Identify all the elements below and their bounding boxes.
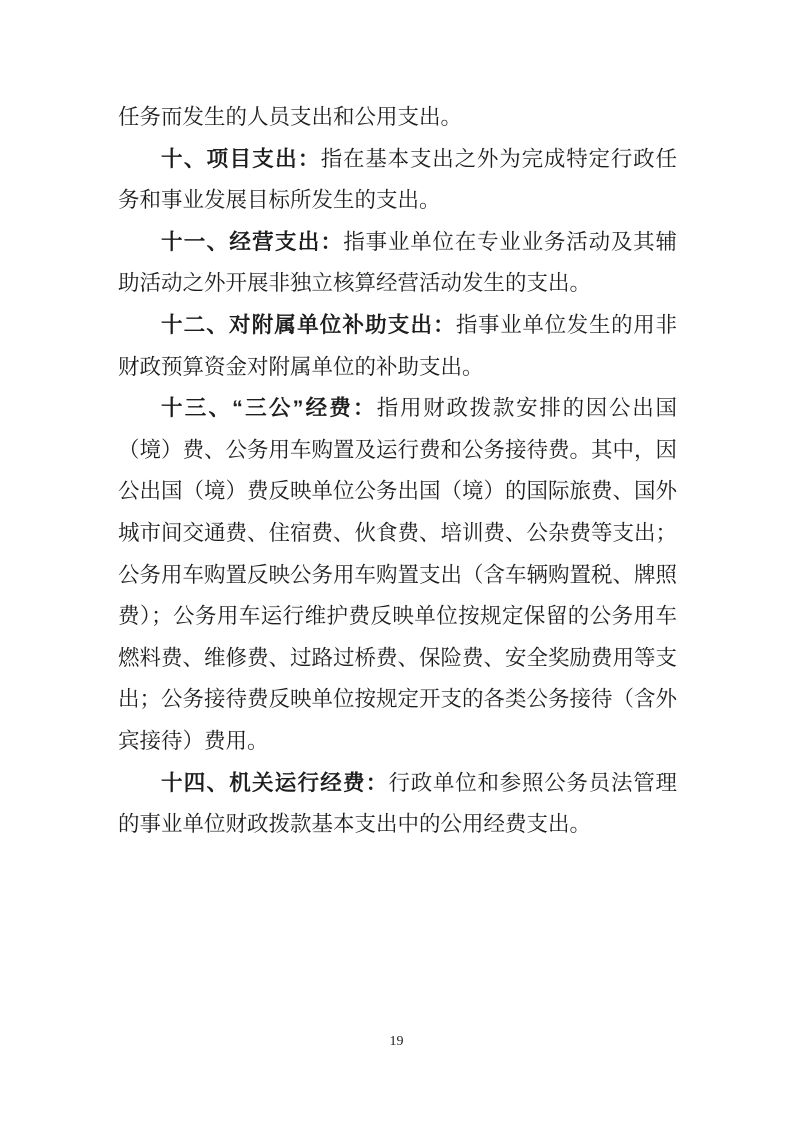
paragraph-lead: 十二、对附属单位补助支出：	[161, 313, 456, 337]
document-page: 任务而发生的人员支出和公用支出。十、项目支出：指在基本支出之外为完成特定行政任务…	[0, 0, 793, 1122]
paragraph-lead: 十一、经营支出：	[161, 230, 343, 254]
document-body: 任务而发生的人员支出和公用支出。十、项目支出：指在基本支出之外为完成特定行政任务…	[118, 97, 677, 846]
paragraph: 任务而发生的人员支出和公用支出。	[118, 97, 677, 139]
paragraph-lead: 十、项目支出：	[161, 147, 321, 171]
paragraph: 十三、“三公”经费：指用财政拨款安排的因公出国（境）费、公务用车购置及运行费和公…	[118, 388, 677, 762]
paragraph: 十、项目支出：指在基本支出之外为完成特定行政任务和事业发展目标所发生的支出。	[118, 139, 677, 222]
page-number: 19	[390, 1034, 404, 1049]
paragraph: 十四、机关运行经费：行政单位和参照公务员法管理的事业单位财政拨款基本支出中的公用…	[118, 763, 677, 846]
paragraph: 十二、对附属单位补助支出：指事业单位发生的用非财政预算资金对附属单位的补助支出。	[118, 305, 677, 388]
paragraph: 十一、经营支出：指事业单位在专业业务活动及其辅助活动之外开展非独立核算经营活动发…	[118, 222, 677, 305]
page-footer: 19	[0, 1034, 793, 1050]
paragraph-text: 指用财政拨款安排的因公出国（境）费、公务用车购置及运行费和公务接待费。其中，因公…	[118, 396, 677, 753]
paragraph-lead: 十三、“三公”经费：	[161, 396, 377, 420]
paragraph-lead: 十四、机关运行经费：	[161, 771, 389, 795]
paragraph-text: 任务而发生的人员支出和公用支出。	[118, 105, 462, 129]
